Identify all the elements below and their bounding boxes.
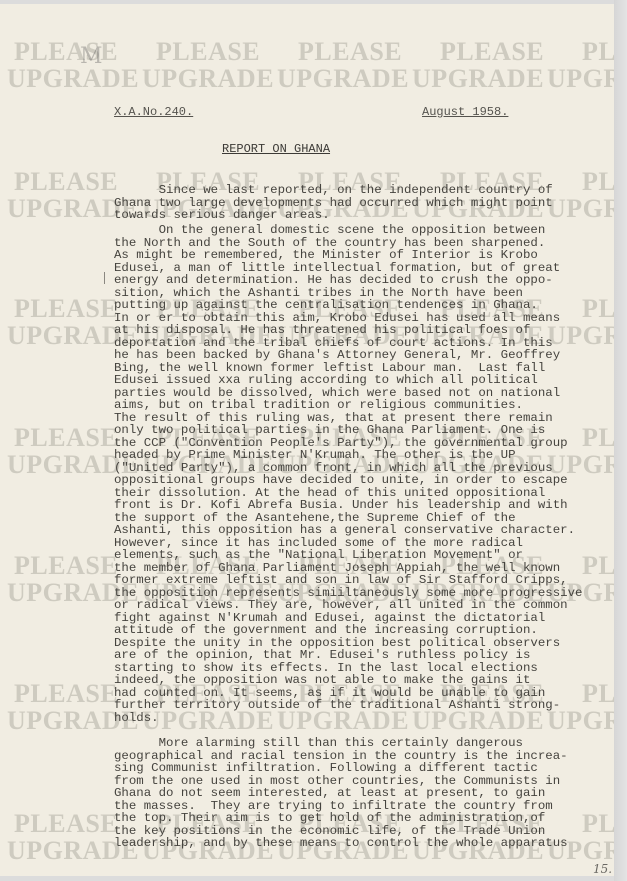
scan-border: [614, 0, 627, 881]
paragraph-domestic-scene: On the general domestic scene the opposi…: [114, 224, 594, 724]
document-reference: X.A.No.240.: [114, 105, 193, 119]
document-title: REPORT ON GHANA: [222, 142, 330, 156]
paragraph-communist-infiltration: More alarming still than this certainly …: [114, 737, 594, 850]
document-content: M X.A.No.240. August 1958. REPORT ON GHA…: [0, 4, 614, 876]
paragraph-intro: Since we last reported, on the independe…: [114, 184, 594, 222]
document-page: PLEASEPLEASEPLEASEPLEASEPLEASEUPGRADEUPG…: [0, 4, 614, 876]
handwritten-mark: M: [80, 44, 103, 69]
margin-mark: [104, 272, 105, 284]
document-date: August 1958.: [422, 105, 508, 119]
page-number: 15.: [593, 862, 612, 876]
